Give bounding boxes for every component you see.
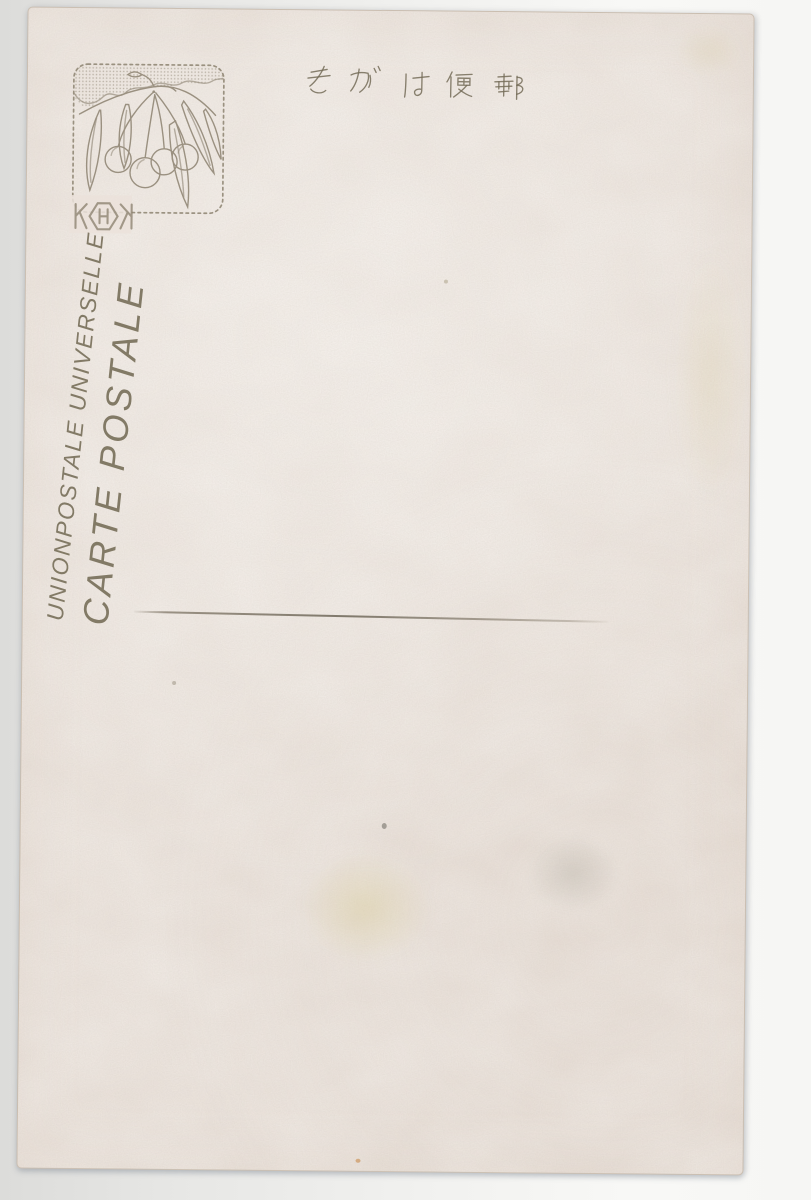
scanner-background: きがは便郵: [0, 0, 811, 1200]
khk-monogram: [69, 195, 131, 234]
stamp-box: [66, 56, 234, 250]
stain-yellow-bottom: [277, 832, 453, 984]
upu-lettering: UNIONPOSTALE UNIVERSELLE CARTE POSTALE: [42, 281, 153, 627]
glyph-yuu: [495, 74, 523, 100]
ink-speck: [356, 1159, 361, 1163]
glyph-ki: [308, 66, 331, 93]
ink-speck: [172, 681, 176, 685]
ink-speck: [382, 823, 387, 829]
postcard-title-japanese: きがは便郵: [298, 59, 535, 110]
ink-speck: [444, 280, 448, 284]
stain-gray-speckle: [510, 820, 636, 926]
stain-right-edge: [661, 212, 759, 543]
address-divider-line: [134, 611, 608, 623]
cherries-illustration: [74, 65, 223, 207]
stain-top-right: [664, 16, 755, 87]
postcard: きがは便郵: [16, 7, 754, 1176]
glyph-ga: [351, 66, 381, 93]
glyph-bin: [447, 72, 472, 97]
glyph-ha: [405, 72, 429, 97]
japanese-title-glyphs: [298, 59, 535, 110]
